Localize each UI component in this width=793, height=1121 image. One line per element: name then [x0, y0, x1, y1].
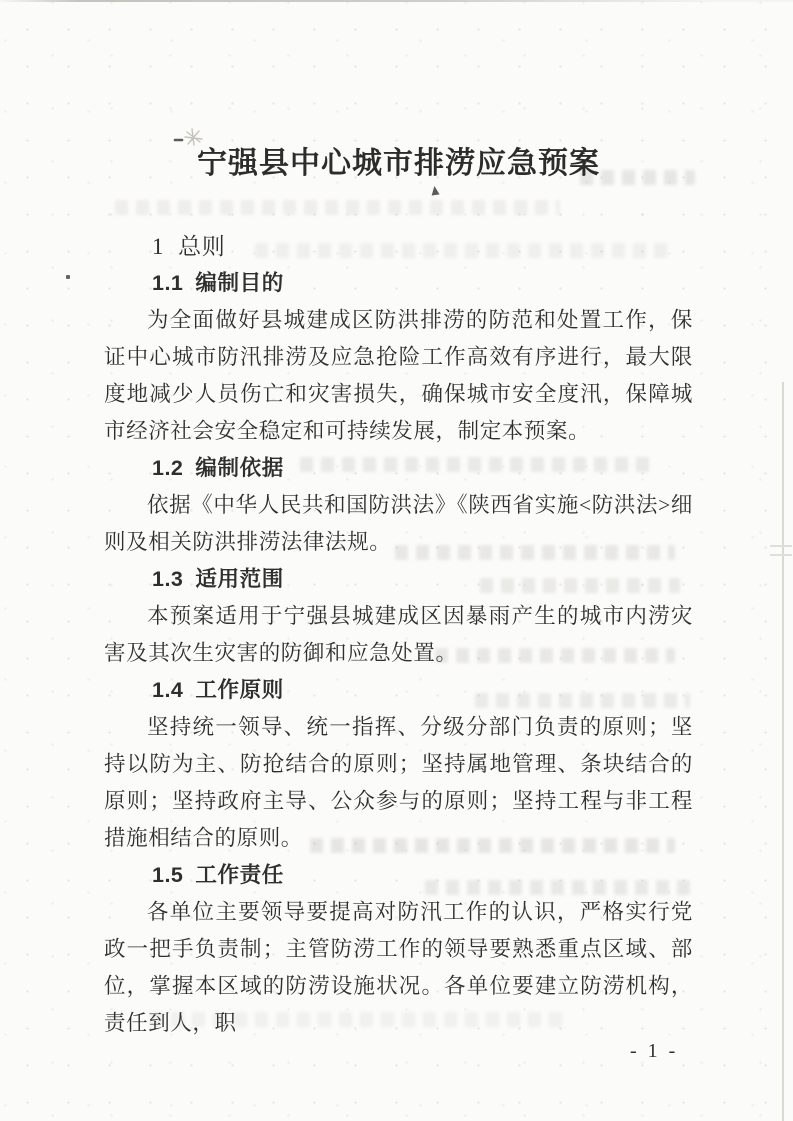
document-page: 宁强县中心城市排涝应急预案 1总则 1.1编制目的 为全面做好县城建成区防洪排涝… — [0, 0, 793, 1121]
section-number: 1.4 — [152, 678, 183, 702]
scan-edge-tick — [770, 545, 792, 547]
section-number: 1.3 — [152, 567, 183, 591]
triangle-artifact — [430, 185, 439, 195]
page-number: - 1 - — [630, 1040, 678, 1063]
scan-edge-tick — [770, 554, 792, 556]
section-paragraph: 本预案适用于宁强县城建成区因暴雨产生的城市内涝灾害及其次生灾害的防御和应急处置。 — [104, 598, 693, 672]
chapter-number: 1 — [152, 234, 164, 259]
section-title: 编制依据 — [195, 456, 283, 480]
section-number: 1.2 — [152, 456, 183, 480]
section-title: 适用范围 — [195, 567, 283, 591]
section-title: 编制目的 — [195, 271, 283, 295]
section-number: 1.5 — [152, 863, 183, 887]
section-heading-1-2: 1.2编制依据 — [104, 450, 693, 487]
scan-edge-line-right — [782, 382, 784, 1121]
section-paragraph: 依据《中华人民共和国防洪法》《陕西省实施<防洪法>细则及相关防洪排涝法律法规。 — [104, 487, 693, 561]
section-paragraph: 为全面做好县城建成区防洪排涝的防范和处置工作，保证中心城市防汛排涝及应急抢险工作… — [104, 302, 693, 450]
section-title: 工作责任 — [195, 863, 283, 887]
ink-speck — [66, 275, 70, 279]
chapter-title: 总则 — [178, 234, 225, 259]
section-heading-1-4: 1.4工作原则 — [104, 672, 693, 709]
document-content: 宁强县中心城市排涝应急预案 1总则 1.1编制目的 为全面做好县城建成区防洪排涝… — [104, 0, 693, 1042]
document-body: 1总则 1.1编制目的 为全面做好县城建成区防洪排涝的防范和处置工作，保证中心城… — [104, 228, 693, 1042]
pencil-scribble-mark — [172, 126, 208, 150]
section-number: 1.1 — [152, 271, 183, 295]
scan-edge-top — [0, 0, 793, 2]
section-title: 工作原则 — [195, 678, 283, 702]
section-paragraph: 坚持统一领导、统一指挥、分级分部门负责的原则；坚持以防为主、防抢结合的原则；坚持… — [104, 709, 693, 857]
section-heading-1-1: 1.1编制目的 — [104, 265, 693, 302]
section-heading-1-5: 1.5工作责任 — [104, 857, 693, 894]
chapter-heading: 1总则 — [104, 228, 693, 265]
section-heading-1-3: 1.3适用范围 — [104, 561, 693, 598]
section-paragraph: 各单位主要领导要提高对防汛工作的认识，严格实行党政一把手负责制；主管防涝工作的领… — [104, 894, 693, 1042]
